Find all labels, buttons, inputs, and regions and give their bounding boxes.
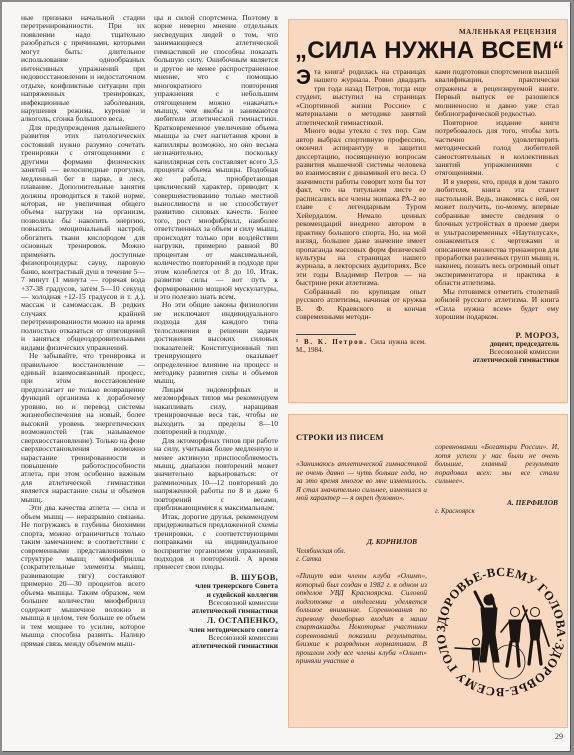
svg-text:ЗДОРОВЬЕ-ВСЕМУ ГОЛОВА·ЗДОРОВЬЕ: ЗДОРОВЬЕ-ВСЕМУ ГОЛОВА·ЗДОРОВЬЕ-ВСЕМУ ГОЛ… [431, 562, 568, 699]
paragraph: И я уверен, что, придя в дом такого люби… [435, 178, 559, 288]
health-emblem-icon: ЗДОРОВЬЕ-ВСЕМУ ГОЛОВА·ЗДОРОВЬЕ-ВСЕМУ ГОЛ… [431, 562, 571, 702]
magazine-page: ные признаки начальной стадии перетренир… [2, 2, 570, 751]
footnote-divider [296, 334, 356, 335]
review-column-1: Эта книга¹ родилась на страницах нашего … [296, 68, 426, 354]
author-title-line: атлетической гимнастики [154, 642, 278, 650]
paragraph: Мы готовимся отметить столетний юбилей р… [435, 288, 559, 322]
paragraph: Но эти общие законы физиологии не исключ… [154, 301, 278, 386]
author-title-line: атлетической гимнастики [154, 607, 278, 615]
paragraph: Эта книга¹ родилась на страницах нашего … [296, 68, 426, 127]
review-column-2: ками подготовки спортсменов высшей квали… [435, 68, 559, 365]
paragraph: Для предупреждения дальнейшего развития … [21, 124, 145, 352]
paragraph: Собранный по крупицам опыт русского атле… [296, 288, 426, 322]
letter-author-kornilov: Д. КОРНИЛОВ [367, 537, 417, 546]
paragraph: Много воды утекло с тех пор. Сам автор в… [296, 127, 426, 288]
emblem-text: ЗДОРОВЬЕ-ВСЕМУ ГОЛОВА·ЗДОРОВЬЕ-ВСЕМУ ГОЛ… [431, 562, 568, 699]
paragraph: Не забывайте, что тренировка и правильно… [21, 352, 145, 504]
author-signature-shubov: В. ШУБОВ, член тренерского Совета и суде… [154, 574, 278, 615]
letters-heading: СТРОКИ ИЗ ПИСЕМ [296, 432, 384, 442]
footnote-author: ¹ В. К. Петров. [296, 338, 368, 346]
rubric-label: МАЛЕНЬКАЯ РЕЦЕНЗИЯ [459, 28, 557, 36]
paragraph: ками подготовки спортсменов высшей квали… [435, 68, 559, 119]
review-headline: „СИЛА НУЖНА ВСЕМ“ [295, 37, 561, 65]
location-line: г. Сатка [296, 556, 345, 564]
letter-author-perfilov: А. ПЕРФИЛОВ [507, 498, 558, 507]
paragraph: Повторное издание книги потребовалось дл… [435, 119, 559, 178]
paragraph: Эти два качества атлета — сила и объем м… [21, 504, 145, 648]
author-signature-ostapenko: Л. ОСТАПЕНКО, член методического совета … [154, 617, 278, 650]
page-number: 29 [555, 732, 563, 741]
letter-quote-perfilov-continued: соревновании «Богатыри России». И, хотя … [435, 443, 559, 486]
footnote: ¹ В. К. Петров. Сила нужна всем. М., 198… [296, 338, 426, 355]
reviewer-signature: Р. МОРОЗ, доцент, председатель Всесоюзно… [435, 332, 559, 365]
paragraph: Лицам эндоморфных и мезоморфных типов мы… [154, 386, 278, 437]
paragraph: Итак, дорогие друзья, рекомендуем придер… [154, 513, 278, 572]
paragraph: цы и силой спортсмена. Поэтому в корне н… [154, 14, 278, 301]
letter-quote-kornilov: «Занимаюсь атлетической гимнастикой не о… [296, 460, 427, 503]
dropcap: Э [296, 69, 311, 86]
paragraph: Для эктоморфных типов при работе на силу… [154, 437, 278, 513]
letter-location-perfilov: г. Красноярск [435, 508, 475, 516]
review-box: МАЛЕНЬКАЯ РЕЦЕНЗИЯ „СИЛА НУЖНА ВСЕМ“ Эта… [288, 19, 568, 403]
reviewer-title-line: атлетической гимнастики [435, 356, 559, 364]
exercise-figures-icon [455, 592, 549, 679]
paragraph-text: та книга¹ родилась на страницах нашего ж… [296, 67, 426, 127]
article-column-2: цы и силой спортсмена. Поэтому в корне н… [154, 14, 278, 651]
letter-location-kornilov: Челябинская обл. г. Сатка [296, 548, 345, 564]
location-line: Челябинская обл. [296, 548, 345, 556]
paragraph: ные признаки начальной стадии перетренир… [21, 14, 145, 124]
letter-quote-perfilov: «Пишут вам члены клуба «Олимп», который … [296, 572, 427, 666]
article-column-1: ные признаки начальной стадии перетренир… [21, 14, 145, 648]
